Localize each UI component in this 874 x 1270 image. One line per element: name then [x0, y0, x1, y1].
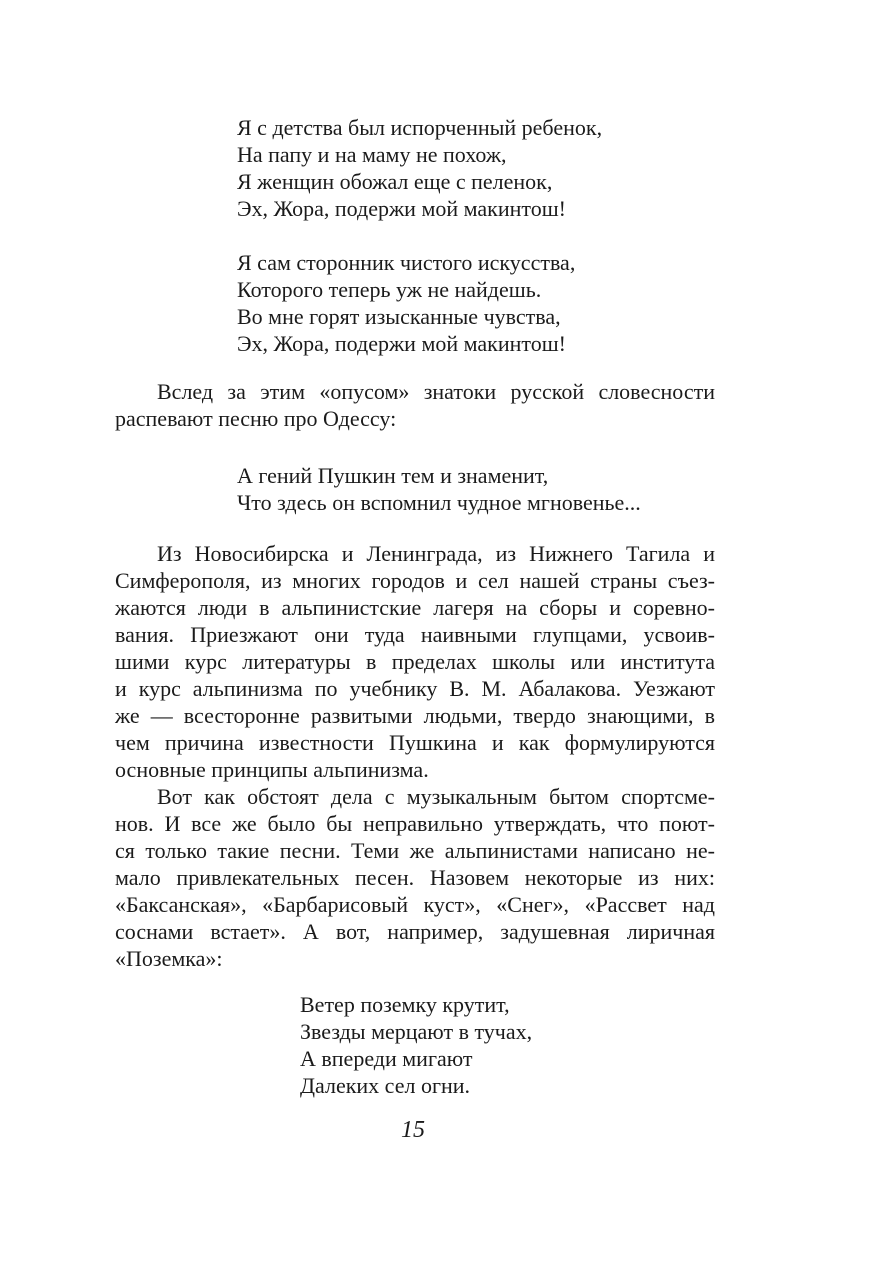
text-line: Которого теперь уж не найдешь.: [237, 276, 575, 303]
verse-pozemka: Ветер поземку крутит,Звезды мерцают в ту…: [300, 991, 532, 1099]
text-line: мало привлекательных песен. Назовем неко…: [115, 864, 715, 891]
text-line: Вот как обстоят дела с музыкальным бытом…: [115, 783, 715, 810]
text-line: Во мне горят изысканные чувства,: [237, 303, 575, 330]
paragraph-intro-odessa: Вслед за этим «опусом» знатоки русской с…: [115, 378, 715, 432]
text-line: Я женщин обожал еще с пеленок,: [237, 168, 602, 195]
text-line: распевают песню про Одессу:: [115, 405, 715, 432]
verse-pushkin: А гений Пушкин тем и знаменит,Что здесь …: [237, 462, 641, 516]
book-page: Я с детства был испорченный ребенок,На п…: [0, 0, 874, 1270]
text-line: Что здесь он вспомнил чудное мгновенье..…: [237, 489, 641, 516]
paragraph-songs-list: Вот как обстоят дела с музыкальным бытом…: [115, 783, 715, 972]
text-line: шими курс литературы в пределах школы ил…: [115, 648, 715, 675]
text-line: Звезды мерцают в тучах,: [300, 1018, 532, 1045]
text-line: А гений Пушкин тем и знаменит,: [237, 462, 641, 489]
text-line: «Поземка»:: [115, 945, 715, 972]
text-line: Симферополя, из многих городов и сел наш…: [115, 567, 715, 594]
text-line: «Баксанская», «Барбарисовый куст», «Снег…: [115, 891, 715, 918]
text-line: Я с детства был испорченный ребенок,: [237, 114, 602, 141]
text-line: Далеких сел огни.: [300, 1072, 532, 1099]
page-number: 15: [0, 1117, 826, 1144]
verse-stanza-1: Я с детства был испорченный ребенок,На п…: [237, 114, 602, 222]
paragraph-alpinist-camps: Из Новосибирска и Ленинграда, из Нижнего…: [115, 540, 715, 783]
verse-stanza-2: Я сам сторонник чистого искусства,Которо…: [237, 249, 575, 357]
text-line: Я сам сторонник чистого искусства,: [237, 249, 575, 276]
text-line: Эх, Жора, подержи мой макинтош!: [237, 330, 575, 357]
text-line: Из Новосибирска и Ленинграда, из Нижнего…: [115, 540, 715, 567]
text-line: соснами встает». А вот, например, задуше…: [115, 918, 715, 945]
text-line: чем причина известности Пушкина и как фо…: [115, 729, 715, 756]
text-line: Вслед за этим «опусом» знатоки русской с…: [115, 378, 715, 405]
text-line: и курс альпинизма по учебнику В. М. Абал…: [115, 675, 715, 702]
text-line: А впереди мигают: [300, 1045, 532, 1072]
text-line: На папу и на маму не похож,: [237, 141, 602, 168]
text-line: Ветер поземку крутит,: [300, 991, 532, 1018]
text-line: Эх, Жора, подержи мой макинтош!: [237, 195, 602, 222]
text-line: вания. Приезжают они туда наивными глупц…: [115, 621, 715, 648]
text-line: нов. И все же было бы неправильно утверж…: [115, 810, 715, 837]
text-line: ся только такие песни. Теми же альпинист…: [115, 837, 715, 864]
text-line: основные принципы альпинизма.: [115, 756, 715, 783]
text-line: жаются люди в альпинистские лагеря на сб…: [115, 594, 715, 621]
text-line: же — всесторонне развитыми людьми, тверд…: [115, 702, 715, 729]
